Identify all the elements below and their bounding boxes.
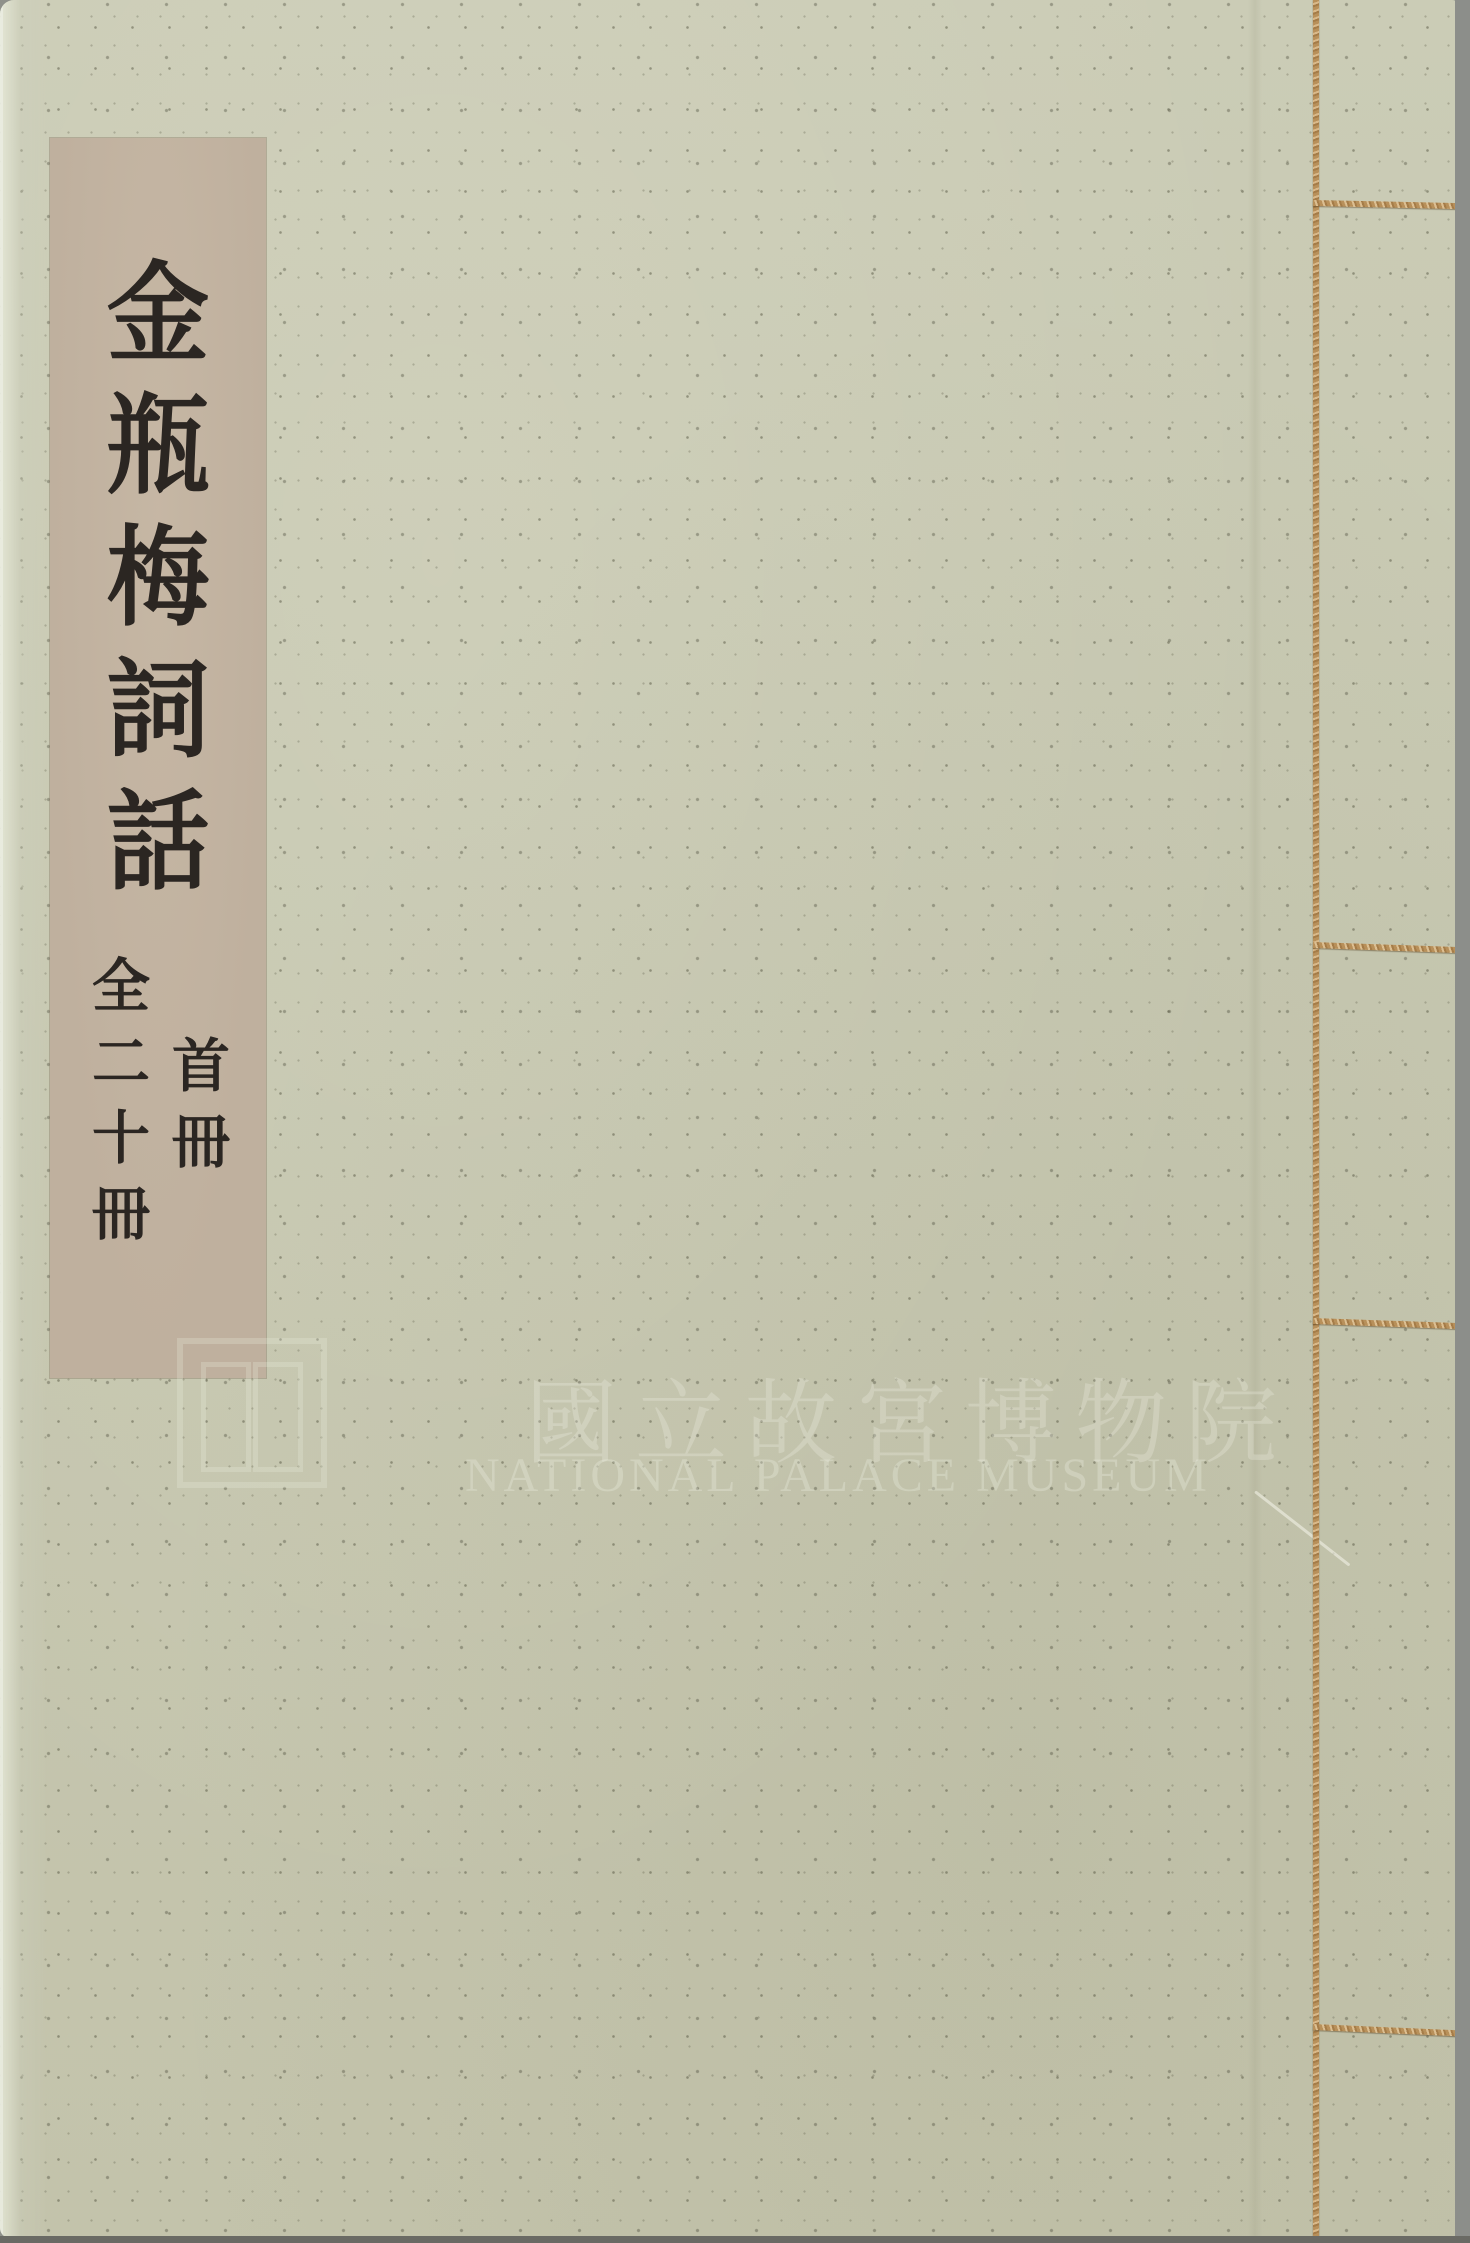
spine-fold <box>1248 0 1262 2238</box>
title-char: 話 <box>107 776 210 908</box>
volume-total-char: 冊 <box>92 1176 150 1252</box>
binding-thread <box>1313 0 1319 2238</box>
title-char: 金 <box>107 248 210 380</box>
volume-current-char: 首 <box>172 1028 230 1104</box>
volume-total-char: 全 <box>92 948 150 1024</box>
title-char: 詞 <box>107 644 210 776</box>
volume-info: 全 二 十 冊 首 冊 <box>50 948 266 1368</box>
scan-background-bottom <box>0 2236 1470 2243</box>
title-char: 瓶 <box>107 380 210 512</box>
title-char: 梅 <box>107 512 210 644</box>
volume-current: 首 冊 <box>172 1028 230 1180</box>
scan-background-right <box>1455 0 1470 2243</box>
cover-left-edge <box>0 0 47 2238</box>
book-cover: 金 瓶 梅 詞 話 全 二 十 冊 首 冊 國立故宮博物院 NATIONAL P… <box>0 0 1460 2238</box>
book-title: 金 瓶 梅 詞 話 <box>50 248 266 908</box>
volume-total: 全 二 十 冊 <box>92 948 150 1252</box>
title-label-slip: 金 瓶 梅 詞 話 全 二 十 冊 首 冊 <box>50 138 266 1378</box>
volume-current-char: 冊 <box>172 1104 230 1180</box>
volume-total-char: 十 <box>92 1100 150 1176</box>
volume-total-char: 二 <box>92 1024 150 1100</box>
